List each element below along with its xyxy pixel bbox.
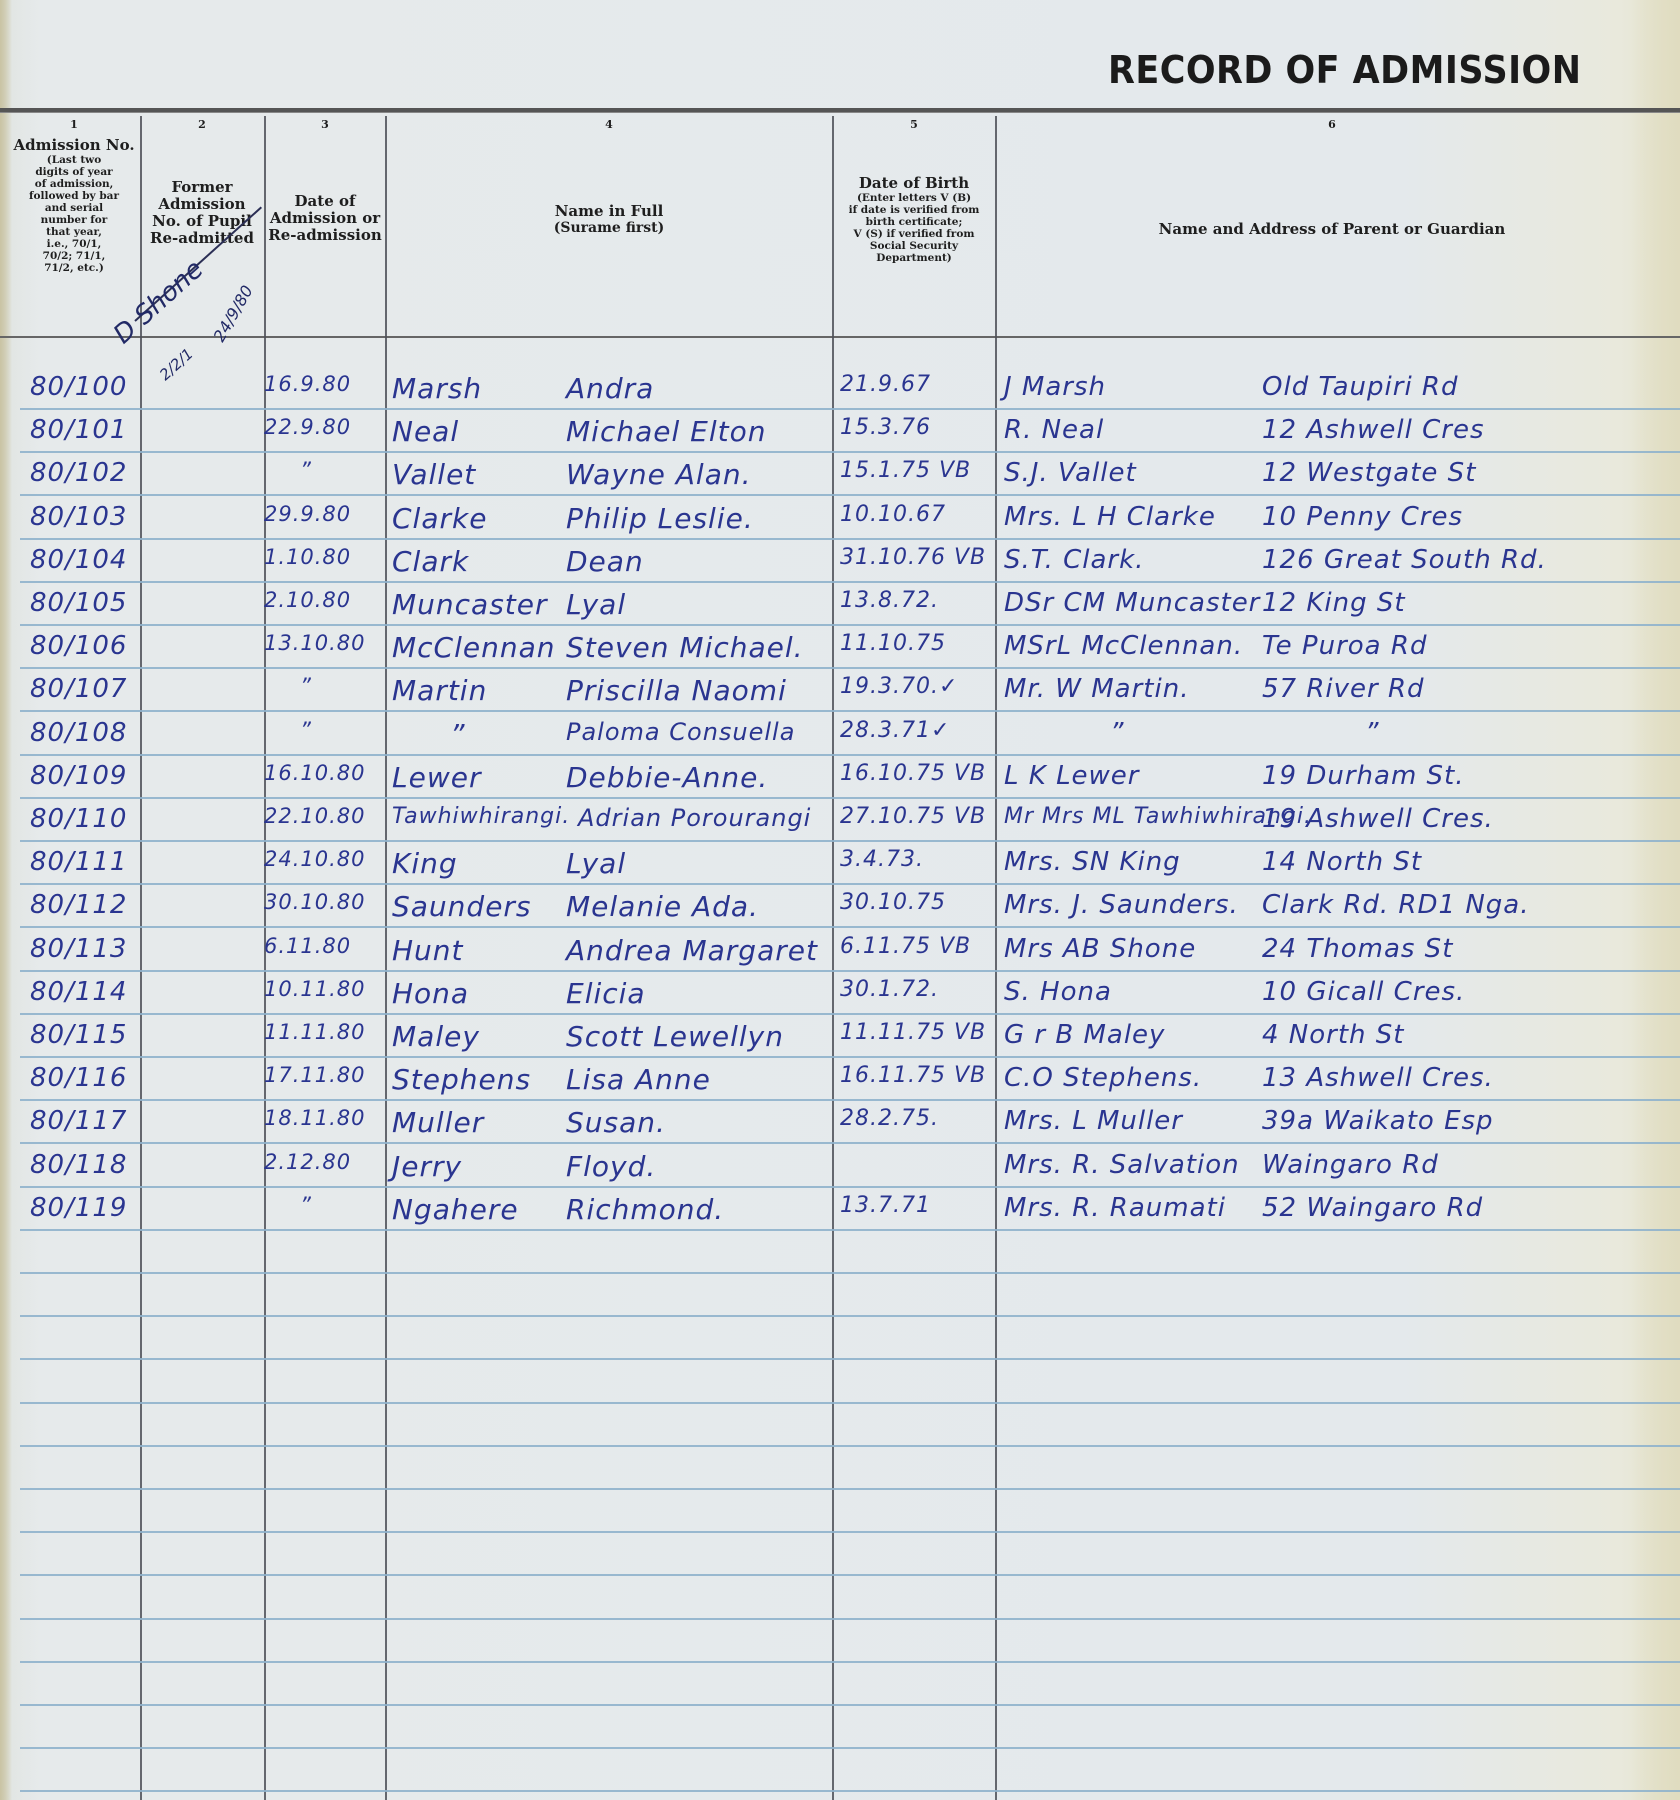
date-of-birth: 31.10.76 VB [840,545,986,570]
surname: Stephens [392,1063,531,1096]
ruled-line [20,1402,1680,1404]
admission-date: 24.10.80 [264,847,366,871]
date-of-birth: 30.1.72. [840,977,939,1002]
column-header-name: 4 Name in Full (Surame first) [387,118,831,334]
guardian-address: 14 North St [1262,847,1422,877]
table-row: 80/10329.9.80ClarkePhilip Leslie.10.10.6… [0,502,1680,542]
admission-date: 22.10.80 [264,804,366,828]
date-of-birth: 28.3.71✓ [840,718,950,743]
column-number: 4 [387,118,831,131]
surname: Tawhiwhirangi. [392,804,570,829]
guardian-address: 19 Durham St. [1262,761,1465,791]
guardian-name: Mrs. L H Clarke [1004,502,1216,532]
given-names: Wayne Alan. [566,458,752,491]
admission-number: 80/109 [30,761,127,791]
guardian-address: 24 Thomas St [1262,934,1453,964]
admission-date: ” [300,718,312,742]
admission-number: 80/110 [30,804,127,834]
date-of-birth: 13.7.71 [840,1193,931,1218]
guardian-name: ” [1110,718,1124,748]
header-rule-bottom [0,336,1680,338]
surname: Lewer [392,761,481,794]
given-names: Melanie Ada. [566,890,759,923]
surname: McClennan [392,631,556,664]
surname: Neal [392,415,459,448]
guardian-address: Waingaro Rd [1262,1150,1439,1180]
guardian-name: Mrs. L Muller [1004,1106,1183,1136]
guardian-name: J Marsh [1004,372,1106,402]
ledger-page: RECORD OF ADMISSION 1 Admission No. (Las… [0,0,1680,1800]
given-names: Adrian Porourangi [578,804,811,832]
date-of-birth: 16.10.75 VB [840,761,986,786]
guardian-address: 4 North St [1262,1020,1405,1050]
ruled-line [20,1747,1680,1749]
surname: Marsh [392,372,482,405]
given-names: Steven Michael. [566,631,804,664]
guardian-name: Mr. W Martin. [1004,674,1189,704]
date-of-birth: 11.10.75 [840,631,946,656]
guardian-name: Mrs. SN King [1004,847,1181,877]
table-row: 80/10016.9.80MarshAndra21.9.67J MarshOld… [0,372,1680,412]
surname: Maley [392,1020,480,1053]
guardian-name: S.J. Vallet [1004,458,1137,488]
given-names: Dean [566,545,644,578]
date-of-birth: 15.1.75 VB [840,458,971,483]
surname: Vallet [392,458,476,491]
admission-date: ” [300,1193,312,1217]
admission-number: 80/100 [30,372,127,402]
surname: Muncaster [392,588,548,621]
given-names: Paloma Consuella [566,718,795,746]
guardian-name: C.O Stephens. [1004,1063,1202,1093]
admission-date: 13.10.80 [264,631,366,655]
table-row: 80/10613.10.80McClennanSteven Michael.11… [0,631,1680,671]
column-number: 3 [266,118,384,131]
admission-number: 80/102 [30,458,127,488]
date-of-birth: 3.4.73. [840,847,924,872]
surname: Muller [392,1106,484,1139]
ruled-line [20,1445,1680,1447]
admission-date: 18.11.80 [264,1106,366,1130]
admission-date: 17.11.80 [264,1063,366,1087]
guardian-address: 10 Penny Cres [1262,502,1463,532]
table-row: 80/1041.10.80ClarkDean31.10.76 VBS.T. Cl… [0,545,1680,585]
table-row: 80/107”MartinPriscilla Naomi19.3.70.✓Mr.… [0,674,1680,714]
admission-date: 11.11.80 [264,1020,366,1044]
table-row: 80/1052.10.80MuncasterLyal13.8.72.DSr CM… [0,588,1680,628]
table-row: 80/102”ValletWayne Alan.15.1.75 VBS.J. V… [0,458,1680,498]
ruled-line [20,1574,1680,1576]
guardian-address: Te Puroa Rd [1262,631,1427,661]
ruled-line [20,1488,1680,1490]
ruled-line [20,1661,1680,1663]
table-row: 80/108””Paloma Consuella28.3.71✓”” [0,718,1680,758]
admission-date: 30.10.80 [264,890,366,914]
surname: Saunders [392,890,532,923]
guardian-address: 12 Westgate St [1262,458,1476,488]
guardian-name: Mrs AB Shone [1004,934,1196,964]
column-header-parent-guardian: 6 Name and Address of Parent or Guardian [997,118,1667,334]
guardian-name: S.T. Clark. [1004,545,1144,575]
ruled-line [20,1790,1680,1792]
table-row: 80/119”NgahereRichmond.13.7.71Mrs. R. Ra… [0,1193,1680,1233]
guardian-name: G r B Maley [1004,1020,1165,1050]
guardian-address: Old Taupiri Rd [1262,372,1459,402]
date-of-birth: 28.2.75. [840,1106,939,1131]
given-names: Andra [566,372,654,405]
guardian-address: 39a Waikato Esp [1262,1106,1494,1136]
admission-number: 80/118 [30,1150,127,1180]
surname: Clarke [392,502,487,535]
table-row: 80/11022.10.80Tawhiwhirangi.Adrian Porou… [0,804,1680,844]
surname: Clark [392,545,469,578]
surname: Jerry [392,1150,462,1183]
date-of-birth: 15.3.76 [840,415,931,440]
admission-number: 80/119 [30,1193,127,1223]
table-row: 80/11617.11.80StephensLisa Anne16.11.75 … [0,1063,1680,1103]
page-title: RECORD OF ADMISSION [1108,48,1581,92]
column-number: 6 [997,118,1667,131]
guardian-name: MSrL McClennan. [1004,631,1243,661]
given-names: Floyd. [566,1150,656,1183]
admission-date: ” [300,674,312,698]
table-row: 80/11718.11.80MullerSusan.28.2.75.Mrs. L… [0,1106,1680,1146]
column-note: (Enter letters V (B) if date is verified… [834,192,994,264]
admission-date: 2.10.80 [264,588,351,612]
guardian-address: 12 King St [1262,588,1406,618]
date-of-birth: 10.10.67 [840,502,946,527]
admission-number: 80/111 [30,847,127,877]
admission-number: 80/105 [30,588,127,618]
guardian-address: 126 Great South Rd. [1262,545,1547,575]
admission-date: 22.9.80 [264,415,351,439]
column-header-admission-no: 1 Admission No. (Last two digits of year… [10,118,138,334]
table-row: 80/11511.11.80MaleyScott Lewellyn11.11.7… [0,1020,1680,1060]
given-names: Michael Elton [566,415,766,448]
column-label: Admission No. [10,137,138,154]
admission-number: 80/104 [30,545,127,575]
given-names: Lisa Anne [566,1063,711,1096]
table-row: 80/10916.10.80LewerDebbie-Anne.16.10.75 … [0,761,1680,801]
admission-number: 80/116 [30,1063,127,1093]
surname: Hona [392,977,469,1010]
guardian-address: 57 River Rd [1262,674,1425,704]
admission-number: 80/113 [30,934,127,964]
table-row: 80/1182.12.80JerryFloyd.Mrs. R. Salvatio… [0,1150,1680,1190]
given-names: Lyal [566,588,626,621]
surname: ” [450,718,466,751]
ruled-line [20,1358,1680,1360]
surname: Martin [392,674,487,707]
given-names: Scott Lewellyn [566,1020,784,1053]
column-number: 2 [142,118,262,131]
admission-number: 80/112 [30,890,127,920]
guardian-name: Mrs. J. Saunders. [1004,890,1239,920]
given-names: Elicia [566,977,646,1010]
guardian-address: 10 Gicall Cres. [1262,977,1465,1007]
guardian-address: 52 Waingaro Rd [1262,1193,1483,1223]
column-label: Name in Full [387,203,831,220]
column-note: (Last two digits of year of admission, f… [10,154,138,274]
table-row: 80/1136.11.80HuntAndrea Margaret6.11.75 … [0,934,1680,974]
date-of-birth: 11.11.75 VB [840,1020,986,1045]
given-names: Debbie-Anne. [566,761,768,794]
surname: Hunt [392,934,464,967]
column-header-date-admission: 3 Date of Admission or Re-admission [266,118,384,334]
guardian-name: DSr CM Muncaster [1004,588,1260,618]
date-of-birth: 21.9.67 [840,372,931,397]
ruled-line [20,1704,1680,1706]
admission-number: 80/101 [30,415,127,445]
admission-date: 6.11.80 [264,934,351,958]
column-label: Date of Birth [834,175,994,192]
column-header-date-of-birth: 5 Date of Birth (Enter letters V (B) if … [834,118,994,334]
date-of-birth: 16.11.75 VB [840,1063,986,1088]
ruled-line [20,1315,1680,1317]
column-label: Former Admission No. of Pupil Re-admitte… [142,179,262,247]
guardian-address: 12 Ashwell Cres [1262,415,1485,445]
admission-number: 80/107 [30,674,127,704]
date-of-birth: 19.3.70.✓ [840,674,958,699]
admission-number: 80/108 [30,718,127,748]
column-label: Date of Admission or Re-admission [266,193,384,244]
table-row: 80/11124.10.80KingLyal3.4.73.Mrs. SN Kin… [0,847,1680,887]
given-names: Andrea Margaret [566,934,818,967]
date-of-birth: 6.11.75 VB [840,934,971,959]
header-rule-top [0,108,1680,113]
column-label: Name and Address of Parent or Guardian [997,221,1667,238]
given-names: Lyal [566,847,626,880]
date-of-birth: 27.10.75 VB [840,804,986,829]
admission-number: 80/115 [30,1020,127,1050]
table-row: 80/11230.10.80SaundersMelanie Ada.30.10.… [0,890,1680,930]
guardian-name: Mrs. R. Salvation [1004,1150,1240,1180]
table-row: 80/10122.9.80NealMichael Elton15.3.76R. … [0,415,1680,455]
surname: Ngahere [392,1193,519,1226]
guardian-address: 13 Ashwell Cres. [1262,1063,1494,1093]
admission-number: 80/103 [30,502,127,532]
surname: King [392,847,458,880]
admission-date: 29.9.80 [264,502,351,526]
ruled-line [20,1272,1680,1274]
column-number: 1 [10,118,138,131]
ruled-line [20,1531,1680,1533]
date-of-birth: 13.8.72. [840,588,939,613]
admission-date: ” [300,458,312,482]
admission-number: 80/117 [30,1106,127,1136]
admission-date: 10.11.80 [264,977,366,1001]
column-number: 5 [834,118,994,131]
given-names: Philip Leslie. [566,502,754,535]
date-of-birth: 30.10.75 [840,890,946,915]
guardian-name: S. Hona [1004,977,1112,1007]
ruled-line [20,1618,1680,1620]
guardian-name: Mrs. R. Raumati [1004,1193,1226,1223]
given-names: Susan. [566,1106,666,1139]
guardian-name: L K Lewer [1004,761,1140,791]
given-names: Richmond. [566,1193,724,1226]
given-names: Priscilla Naomi [566,674,787,707]
table-row: 80/11410.11.80HonaElicia30.1.72.S. Hona1… [0,977,1680,1017]
guardian-address: Clark Rd. RD1 Nga. [1262,890,1529,920]
admission-number: 80/114 [30,977,127,1007]
admission-number: 80/106 [30,631,127,661]
admission-date: 1.10.80 [264,545,351,569]
guardian-address: ” [1365,718,1379,748]
guardian-name: R. Neal [1004,415,1104,445]
admission-date: 16.9.80 [264,372,351,396]
admission-date: 2.12.80 [264,1150,351,1174]
guardian-address: 19 Ashwell Cres. [1262,804,1494,834]
admission-date: 16.10.80 [264,761,366,785]
column-note: (Surame first) [387,220,831,236]
